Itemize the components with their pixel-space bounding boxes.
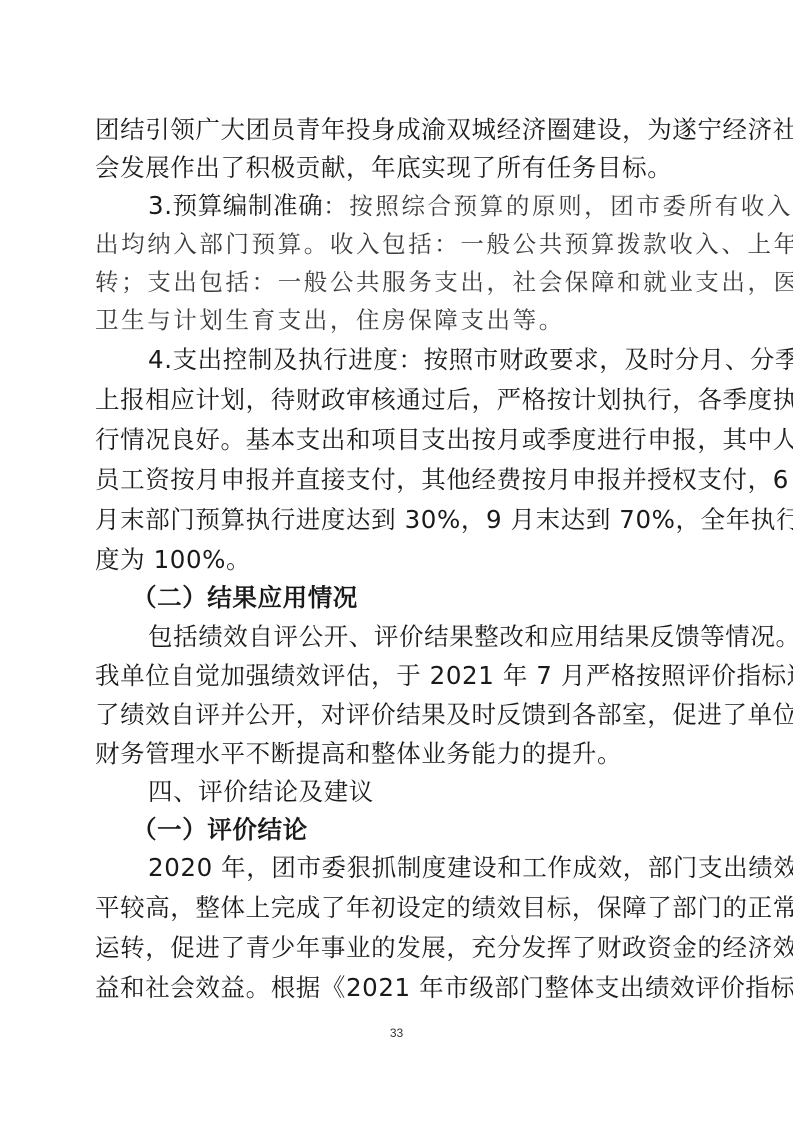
paragraph-line: 月末部门预算执行进度达到 30%，9 月末达到 70%，全年执行进 bbox=[95, 505, 695, 535]
section-heading: （二）结果应用情况 bbox=[132, 583, 732, 613]
paragraph-line: 我单位自觉加强绩效评估，于 2021 年 7 月严格按照评价指标进行 bbox=[95, 661, 695, 691]
paragraph-line: 平较高，整体上完成了年初设定的绩效目标，保障了部门的正常 bbox=[95, 893, 695, 923]
paragraph-line: 转；支出包括：一般公共服务支出，社会保障和就业支出，医疗 bbox=[95, 267, 695, 297]
paragraph-line: 卫生与计划生育支出，住房保障支出等。 bbox=[95, 305, 695, 335]
paragraph-line: 运转，促进了青少年事业的发展，充分发挥了财政资金的经济效 bbox=[95, 933, 695, 963]
paragraph-line: 行情况良好。基本支出和项目支出按月或季度进行申报，其中人 bbox=[95, 425, 695, 455]
paragraph-line: 了绩效自评并公开，对评价结果及时反馈到各部室，促进了单位 bbox=[95, 700, 695, 730]
paragraph-line: 财务管理水平不断提高和整体业务能力的提升。 bbox=[95, 739, 695, 769]
item-lead-label: 3.预算编制准确 bbox=[148, 191, 323, 220]
paragraph-line: 团结引领广大团员青年投身成渝双城经济圈建设，为遂宁经济社 bbox=[95, 115, 695, 145]
document-page: 团结引领广大团员青年投身成渝双城经济圈建设，为遂宁经济社 会发展作出了积极贡献，… bbox=[0, 0, 793, 1122]
paragraph-line: 员工资按月申报并直接支付，其他经费按月申报并授权支付，6 bbox=[95, 465, 695, 495]
paragraph-line: 3.预算编制准确：按照综合预算的原则，团市委所有收入和支 bbox=[148, 191, 748, 221]
paragraph-line: 出均纳入部门预算。收入包括：一般公共预算拨款收入、上年结 bbox=[95, 229, 695, 259]
paragraph-line: 4.支出控制及执行进度：按照市财政要求，及时分月、分季度 bbox=[148, 345, 748, 375]
paragraph-line: 上报相应计划，待财政审核通过后，严格按计划执行，各季度执 bbox=[95, 385, 695, 415]
chapter-heading: 四、评价结论及建议 bbox=[148, 777, 748, 807]
paragraph-line: 会发展作出了积极贡献，年底实现了所有任务目标。 bbox=[95, 153, 695, 183]
paragraph-line: 2020 年，团市委狠抓制度建设和工作成效，部门支出绩效水 bbox=[148, 853, 748, 883]
page-number: 33 bbox=[0, 1026, 793, 1040]
item-body-text: ：按照综合预算的原则，团市委所有收入和支 bbox=[323, 192, 793, 220]
section-heading: （一）评价结论 bbox=[132, 815, 732, 845]
paragraph-line: 益和社会效益。根据《2021 年市级部门整体支出绩效评价指标体 bbox=[95, 973, 695, 1003]
paragraph-line: 包括绩效自评公开、评价结果整改和应用结果反馈等情况。 bbox=[148, 622, 748, 652]
paragraph-line: 度为 100%。 bbox=[95, 545, 695, 575]
